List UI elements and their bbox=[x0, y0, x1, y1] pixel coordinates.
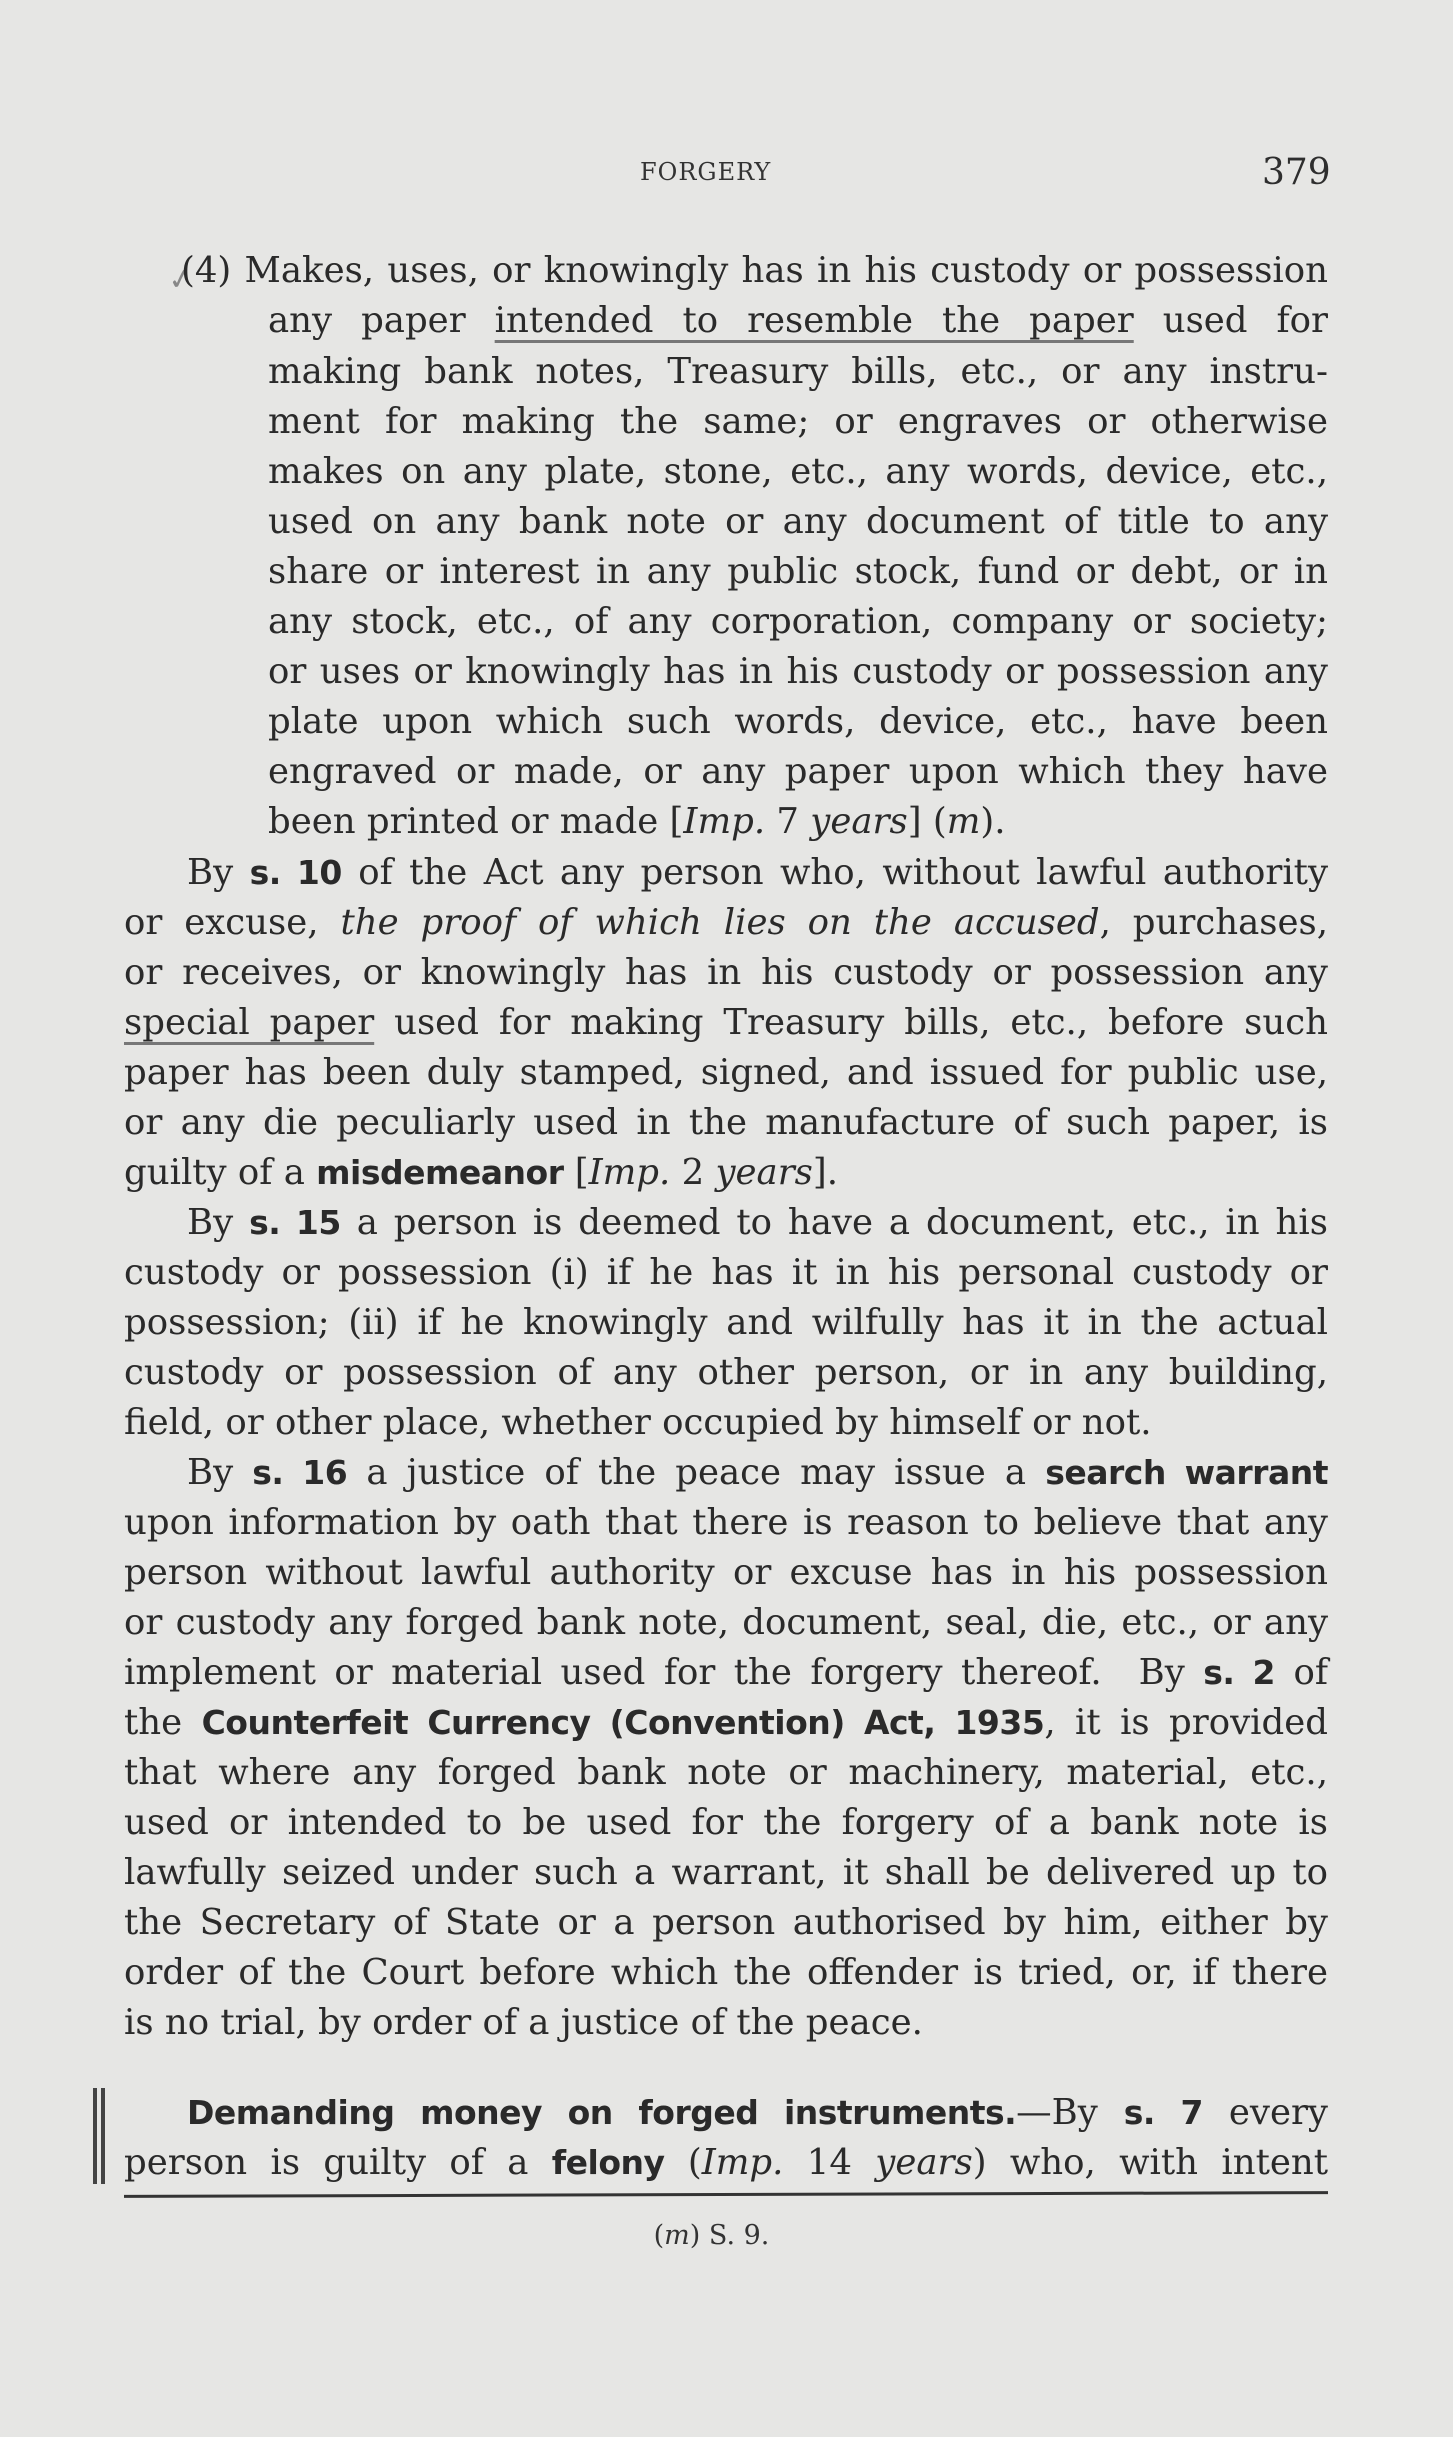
italic-span: Imp. bbox=[702, 2142, 784, 2183]
text-span: custody or possession (i) if he has it i… bbox=[124, 1252, 1328, 1293]
italic-span: years bbox=[715, 1152, 812, 1193]
footnote: (m) S. 9. bbox=[0, 2220, 1453, 2251]
section-ref: s. 2 bbox=[1203, 1653, 1275, 1692]
text-span: (4) Makes, uses, or knowingly has in his… bbox=[181, 250, 1328, 291]
text-line: plate upon which such words, device, etc… bbox=[268, 697, 1328, 747]
underlined-phrase: intended to resemble the paper bbox=[495, 300, 1134, 341]
text-span: ]. bbox=[813, 1152, 838, 1193]
text-span: been printed or made [ bbox=[268, 801, 683, 842]
italic-span: Imp. bbox=[683, 801, 765, 842]
text-line: lawfully seized under such a warrant, it… bbox=[124, 1848, 1328, 1898]
text-line: makes on any plate, stone, etc., any wor… bbox=[268, 447, 1328, 497]
text-line: the Secretary of State or a person autho… bbox=[124, 1898, 1328, 1948]
text-span: —By bbox=[1016, 2092, 1124, 2133]
text-line: used or intended to be used for the forg… bbox=[124, 1798, 1328, 1848]
text-span: ) who, with intent bbox=[973, 2142, 1328, 2183]
text-span: engraved or made, or any paper upon whic… bbox=[268, 751, 1328, 792]
text-span: person is guilty of a bbox=[124, 2142, 552, 2183]
text-line: is no trial, by order of a justice of th… bbox=[124, 1998, 1328, 2048]
text-span: that where any forged bank note or machi… bbox=[124, 1752, 1328, 1793]
text-line: guilty of a misdemeanor [Imp. 2 years]. bbox=[124, 1148, 1328, 1198]
bold-term: search warrant bbox=[1045, 1453, 1328, 1492]
text-line: share or interest in any public stock, f… bbox=[268, 547, 1328, 597]
text-span: or any die peculiarly used in the manufa… bbox=[124, 1102, 1328, 1143]
section-ref: s. 7 bbox=[1124, 2093, 1203, 2132]
text-span: making bank notes, Treasury bills, etc.,… bbox=[268, 351, 1328, 392]
text-span: any stock, etc., of any corporation, com… bbox=[268, 601, 1328, 642]
text-span: 2 bbox=[670, 1152, 715, 1193]
text-span: ). bbox=[980, 801, 1005, 842]
text-line: Demanding money on forged instruments.—B… bbox=[187, 2088, 1328, 2138]
text-line: or any die peculiarly used in the manufa… bbox=[124, 1098, 1328, 1148]
text-span: or uses or knowingly has in his custody … bbox=[268, 651, 1328, 692]
text-span: By bbox=[187, 852, 250, 893]
text-span: a justice of the peace may issue a bbox=[347, 1452, 1045, 1493]
text-span: a person is deemed to have a document, e… bbox=[341, 1202, 1328, 1243]
act-title: Counterfeit Currency (Convention) Act, 1… bbox=[202, 1703, 1045, 1742]
footnote-text: S. 9. bbox=[700, 2220, 769, 2251]
text-line: or custody any forged bank note, documen… bbox=[124, 1598, 1328, 1648]
text-line: special paper used for making Treasury b… bbox=[124, 998, 1328, 1048]
bold-term: misdemeanor bbox=[316, 1153, 563, 1192]
text-line: person without lawful authority or excus… bbox=[124, 1548, 1328, 1598]
text-span: every bbox=[1203, 2092, 1328, 2133]
text-line: or excuse, the proof of which lies on th… bbox=[124, 898, 1328, 948]
text-span: , it is provided bbox=[1044, 1702, 1328, 1743]
text-line: implement or material used for the forge… bbox=[124, 1648, 1328, 1698]
section-ref: s. 16 bbox=[252, 1453, 347, 1492]
text-line: or receives, or knowingly has in his cus… bbox=[124, 948, 1328, 998]
text-span: custody or possession of any other perso… bbox=[124, 1352, 1328, 1393]
text-line: possession; (ii) if he knowingly and wil… bbox=[124, 1298, 1328, 1348]
text-span: or excuse, bbox=[124, 902, 340, 943]
double-vertical-bar-icon bbox=[93, 2088, 105, 2184]
page-number: 379 bbox=[1262, 152, 1331, 193]
footnote-ref: m bbox=[947, 801, 981, 842]
text-line: used on any bank note or any document of… bbox=[268, 497, 1328, 547]
underlined-phrase: special paper bbox=[124, 1002, 374, 1043]
text-line: custody or possession of any other perso… bbox=[124, 1348, 1328, 1398]
text-line: order of the Court before which the offe… bbox=[124, 1948, 1328, 1998]
text-span: used on any bank note or any document of… bbox=[268, 501, 1328, 542]
text-span: the Secretary of State or a person autho… bbox=[124, 1902, 1328, 1943]
text-span: used or intended to be used for the forg… bbox=[124, 1802, 1328, 1843]
text-span: [ bbox=[563, 1152, 588, 1193]
text-line: By s. 10 of the Act any person who, with… bbox=[187, 848, 1328, 898]
text-span: any paper bbox=[268, 300, 495, 341]
text-span: implement or material used for the forge… bbox=[124, 1652, 1203, 1693]
book-page: FORGERY 379 ✓ (4) Makes, uses, or knowin… bbox=[0, 0, 1453, 2437]
italic-span: the proof of which lies on the accused bbox=[340, 902, 1099, 943]
italic-span: years bbox=[875, 2142, 972, 2183]
text-span: person without lawful authority or excus… bbox=[124, 1552, 1328, 1593]
text-line: upon information by oath that there is r… bbox=[124, 1498, 1328, 1548]
text-line: or uses or knowingly has in his custody … bbox=[268, 647, 1328, 697]
text-span: , purchases, bbox=[1100, 902, 1328, 943]
text-line: By s. 15 a person is deemed to have a do… bbox=[187, 1198, 1328, 1248]
bold-term: felony bbox=[552, 2143, 665, 2182]
text-span: is no trial, by order of a justice of th… bbox=[124, 2002, 923, 2043]
text-span: of bbox=[1275, 1652, 1328, 1693]
text-span: ( bbox=[665, 2142, 702, 2183]
text-span: field, or other place, whether occupied … bbox=[124, 1402, 1152, 1443]
text-span: guilty of a bbox=[124, 1152, 316, 1193]
text-line: the Counterfeit Currency (Convention) Ac… bbox=[124, 1698, 1328, 1748]
footnote-divider bbox=[124, 2191, 1328, 2198]
text-line: field, or other place, whether occupied … bbox=[124, 1398, 1328, 1448]
text-line: By s. 16 a justice of the peace may issu… bbox=[187, 1448, 1328, 1498]
text-span: paper has been duly stamped, signed, and… bbox=[124, 1052, 1328, 1093]
text-line: making bank notes, Treasury bills, etc.,… bbox=[268, 347, 1328, 397]
text-span: By bbox=[187, 1202, 249, 1243]
text-span: share or interest in any public stock, f… bbox=[268, 551, 1328, 592]
running-head: FORGERY 379 bbox=[0, 152, 1453, 192]
text-line: ment for making the same; or engraves or… bbox=[268, 397, 1328, 447]
text-line: any paper intended to resemble the paper… bbox=[268, 296, 1328, 346]
text-span: 14 bbox=[783, 2142, 875, 2183]
text-span: ] ( bbox=[908, 801, 947, 842]
text-span: plate upon which such words, device, etc… bbox=[268, 701, 1328, 742]
text-span: the bbox=[124, 1702, 202, 1743]
text-span: ) bbox=[690, 2220, 701, 2251]
section-ref: s. 15 bbox=[249, 1203, 341, 1242]
text-span: used for bbox=[1134, 300, 1328, 341]
text-line: custody or possession (i) if he has it i… bbox=[124, 1248, 1328, 1298]
text-line: paper has been duly stamped, signed, and… bbox=[124, 1048, 1328, 1098]
text-span: used for making Treasury bills, etc., be… bbox=[374, 1002, 1328, 1043]
footnote-marker: m bbox=[664, 2220, 690, 2251]
running-title: FORGERY bbox=[640, 158, 771, 186]
text-span: possession; (ii) if he knowingly and wil… bbox=[124, 1302, 1328, 1343]
text-line: any stock, etc., of any corporation, com… bbox=[268, 597, 1328, 647]
text-line: (4) Makes, uses, or knowingly has in his… bbox=[181, 246, 1328, 296]
text-line: person is guilty of a felony (Imp. 14 ye… bbox=[124, 2138, 1328, 2188]
italic-span: Imp. bbox=[589, 1152, 671, 1193]
text-line: that where any forged bank note or machi… bbox=[124, 1748, 1328, 1798]
text-span: order of the Court before which the offe… bbox=[124, 1952, 1328, 1993]
text-span: or receives, or knowingly has in his cus… bbox=[124, 952, 1328, 993]
text-span: ( bbox=[654, 2220, 665, 2251]
text-span: or custody any forged bank note, documen… bbox=[124, 1602, 1328, 1643]
text-span: makes on any plate, stone, etc., any wor… bbox=[268, 451, 1328, 492]
italic-span: years bbox=[810, 801, 907, 842]
section-ref: s. 10 bbox=[250, 853, 342, 892]
text-span: lawfully seized under such a warrant, it… bbox=[124, 1852, 1328, 1893]
text-span: ment for making the same; or engraves or… bbox=[268, 401, 1328, 442]
text-line: been printed or made [Imp. 7 years] (m). bbox=[268, 797, 1328, 847]
text-span: 7 bbox=[765, 801, 810, 842]
text-line: engraved or made, or any paper upon whic… bbox=[268, 747, 1328, 797]
side-heading: Demanding money on forged instruments. bbox=[187, 2093, 1016, 2132]
text-span: By bbox=[187, 1452, 252, 1493]
text-span: upon information by oath that there is r… bbox=[124, 1502, 1328, 1543]
text-span: of the Act any person who, without lawfu… bbox=[342, 852, 1328, 893]
